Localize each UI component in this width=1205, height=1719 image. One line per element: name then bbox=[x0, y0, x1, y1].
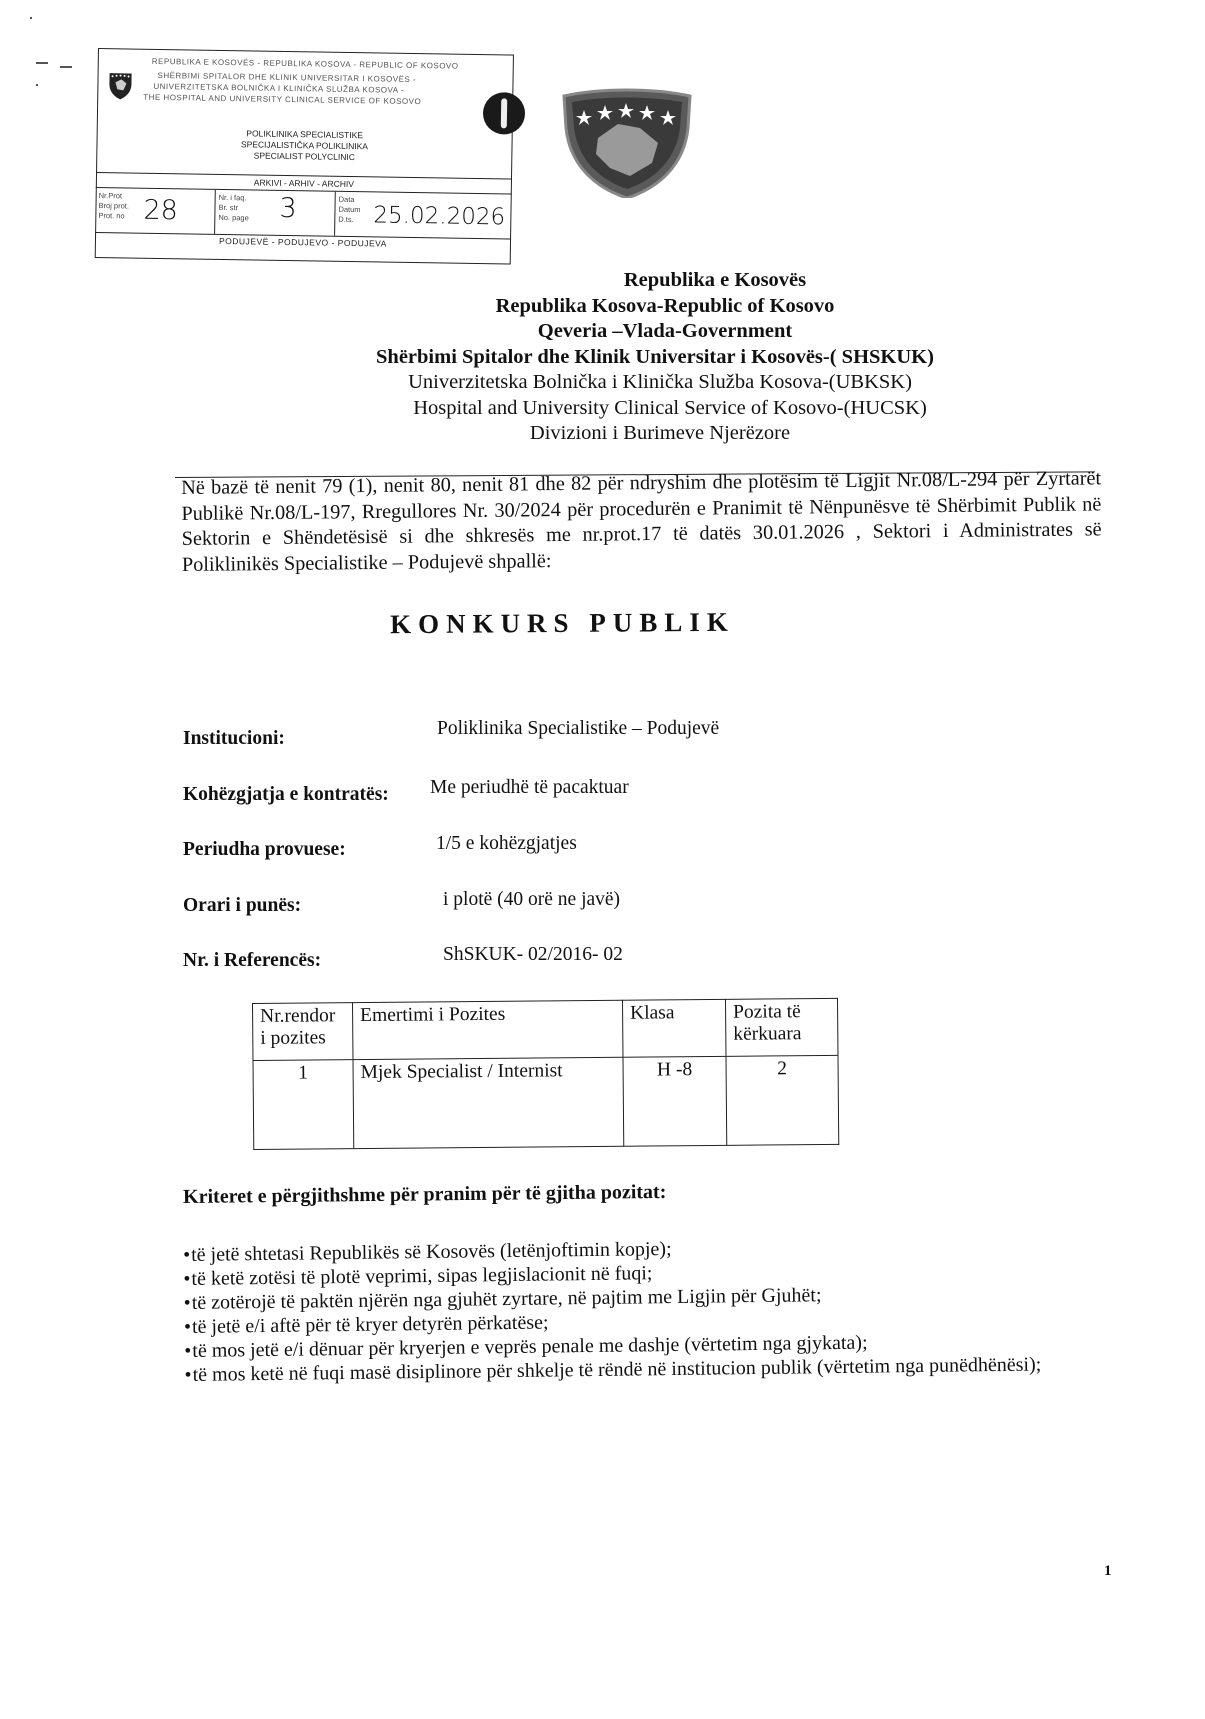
kosovo-coat-of-arms-icon bbox=[560, 88, 694, 198]
detail-value: Me periudhë të pacaktuar bbox=[430, 777, 629, 799]
detail-contract-duration: Kohëzgjatja e kontratës: Me periudhë të … bbox=[183, 784, 743, 840]
detail-value: 1/5 e kohëzgjatjes bbox=[436, 833, 577, 855]
detail-label: Periudha provuese: bbox=[183, 839, 346, 861]
criteria-list: të jetë shtetasi Republikës së Kosovës (… bbox=[183, 1232, 1100, 1387]
label: Nr.Prot bbox=[99, 191, 130, 201]
header-service-en: Hospital and University Clinical Service… bbox=[290, 396, 990, 422]
page-number: 1 bbox=[1104, 1563, 1112, 1580]
table-header-row: Nr.rendor i pozites Emertimi i Pozites K… bbox=[253, 998, 838, 1060]
detail-reference: Nr. i Referencës: ShSKUK- 02/2016- 02 bbox=[183, 950, 743, 1006]
column-header: Klasa bbox=[622, 999, 725, 1057]
date-value: 25.02.2026 bbox=[373, 202, 505, 230]
table-cell: 1 bbox=[253, 1060, 354, 1150]
column-header: Pozita të kërkuara bbox=[725, 998, 837, 1056]
label: Datum bbox=[338, 205, 360, 215]
detail-label: Nr. i Referencës: bbox=[183, 950, 321, 972]
scan-speck bbox=[60, 66, 72, 68]
header-service-sq: Shërbimi Spitalor dhe Klinik Universitar… bbox=[290, 345, 990, 371]
scan-speck bbox=[30, 17, 32, 19]
detail-probation: Periudha provuese: 1/5 e kohëzgjatjes bbox=[183, 839, 743, 895]
detail-value: i plotë (40 orë ne javë) bbox=[443, 889, 620, 911]
header-division: Divizioni i Burimeve Njerëzore bbox=[290, 421, 990, 447]
header-republic-sq: Republika e Kosovës bbox=[290, 268, 990, 294]
detail-label: Institucioni: bbox=[183, 728, 285, 750]
kosovo-coat-of-arms-icon bbox=[107, 70, 133, 100]
document-title: KONKURS PUBLIK bbox=[390, 607, 735, 640]
detail-work-hours: Orari i punës: i plotë (40 orë ne javë) bbox=[183, 895, 743, 951]
detail-institution: Institucioni: Poliklinika Specialistike … bbox=[183, 728, 743, 784]
label: D.ts. bbox=[338, 215, 360, 225]
detail-value: ShSKUK- 02/2016- 02 bbox=[443, 944, 623, 966]
table-cell: Mjek Specialist / Internist bbox=[353, 1057, 624, 1148]
positions-table: Nr.rendor i pozites Emertimi i Pozites K… bbox=[252, 998, 839, 1150]
document-header: Republika e Kosovës Republika Kosova-Rep… bbox=[290, 268, 990, 447]
stamp-fields: Nr.Prot Broj prot. Prot. no 28 Nr. i faq… bbox=[95, 187, 512, 240]
medical-seal-icon bbox=[483, 92, 526, 135]
column-header: Emertimi i Pozites bbox=[353, 1000, 623, 1059]
label: Data bbox=[339, 195, 361, 205]
date-labels: Data Datum D.ts. bbox=[338, 195, 361, 225]
table-row: 1 Mjek Specialist / Internist H -8 2 bbox=[253, 1055, 839, 1149]
archive-stamp: REPUBLIKA E KOSOVËS - REPUBLIKA KOSOVA -… bbox=[95, 48, 516, 267]
scan-speck bbox=[36, 84, 38, 86]
stamp-header-line: THE HOSPITAL AND UNIVERSITY CLINICAL SER… bbox=[143, 93, 421, 106]
stamp-header: REPUBLIKA E KOSOVËS - REPUBLIKA KOSOVA -… bbox=[96, 48, 514, 181]
scan-speck bbox=[36, 62, 48, 64]
label: Prot. no bbox=[98, 211, 129, 221]
label: Nr. i faq. bbox=[219, 193, 250, 203]
detail-value: Poliklinika Specialistike – Podujevë bbox=[437, 718, 719, 740]
stamp-pages-cell: Nr. i faq. Br. str No. page 3 bbox=[215, 190, 336, 236]
header-service-sr: Univerzitetska Bolnička i Klinička Služb… bbox=[290, 370, 990, 396]
label: Br. str bbox=[218, 203, 249, 213]
table-cell: 2 bbox=[726, 1055, 839, 1145]
pages-number: 3 bbox=[279, 193, 297, 224]
stamp-header-line: REPUBLIKA E KOSOVËS - REPUBLIKA KOSOVA -… bbox=[152, 57, 459, 71]
stamp-date-cell: Data Datum D.ts. 25.02.2026 bbox=[335, 192, 512, 239]
label: Broj prot. bbox=[98, 201, 129, 211]
intro-paragraph: Në bazë të nenit 79 (1), nenit 80, nenit… bbox=[181, 466, 1102, 578]
protocol-number: 28 bbox=[143, 195, 178, 227]
column-header: Nr.rendor i pozites bbox=[253, 1003, 353, 1061]
detail-label: Kohëzgjatja e kontratës: bbox=[183, 784, 389, 806]
pages-labels: Nr. i faq. Br. str No. page bbox=[218, 193, 249, 223]
header-government: Qeveria –Vlada-Government bbox=[290, 319, 990, 345]
header-republic-multi: Republika Kosova-Republic of Kosovo bbox=[290, 294, 990, 320]
label: No. page bbox=[218, 213, 249, 223]
criteria-heading: Kriteret e përgjithshme për pranim për t… bbox=[183, 1181, 666, 1209]
stamp-institution: POLIKLINIKA SPECIALISTIKE SPECIJALISTIČK… bbox=[96, 126, 512, 166]
vacancy-details: Institucioni: Poliklinika Specialistike … bbox=[183, 728, 743, 1006]
table-cell: H -8 bbox=[623, 1056, 727, 1146]
protocol-labels: Nr.Prot Broj prot. Prot. no bbox=[98, 191, 129, 221]
stamp-protocol-cell: Nr.Prot Broj prot. Prot. no 28 bbox=[95, 188, 216, 234]
detail-label: Orari i punës: bbox=[183, 895, 301, 917]
